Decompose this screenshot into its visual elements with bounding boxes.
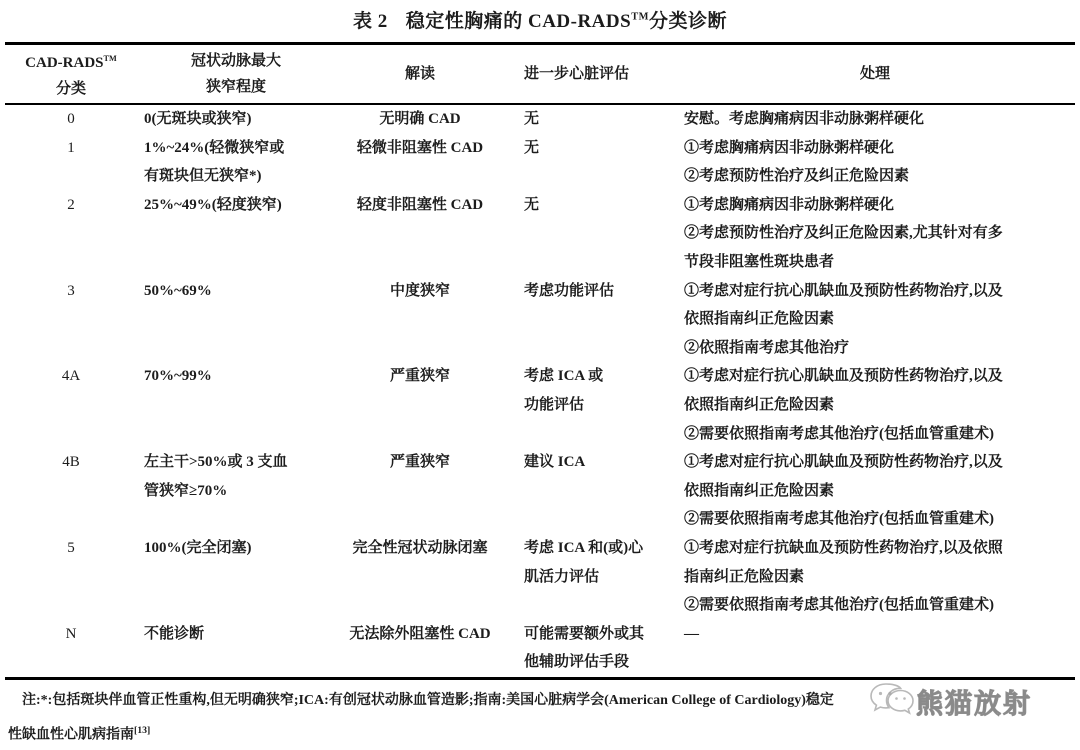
- table-header-row: CAD-RADSTM 分类 冠状动脉最大 狭窄程度 解读 进一步心脏评估 处理: [6, 45, 1074, 103]
- cell-further-eval: 可能需要额外或其 他辅助评估手段: [504, 620, 676, 677]
- table-row-4A: 4A 70%~99% 严重狭窄 考虑 ICA 或 功能评估 ①考虑对症行抗心肌缺…: [6, 362, 1074, 448]
- cell-management: ①考虑对症行抗心肌缺血及预防性药物治疗,以及 依照指南纠正危险因素 ②需要依照指…: [676, 362, 1074, 448]
- reference-superscript: [13]: [134, 725, 150, 736]
- cell-category: 4A: [6, 362, 136, 391]
- table-title: 表 2稳定性胸痛的 CAD-RADSTM分类诊断: [0, 0, 1080, 36]
- footnote-line2-text: 性缺血性心肌病指南: [8, 728, 134, 743]
- cell-stenosis: 25%~49%(轻度狭窄): [136, 191, 336, 220]
- cell-further-eval: 考虑功能评估: [504, 277, 676, 306]
- table-row-5: 5 100%(完全闭塞) 完全性冠状动脉闭塞 考虑 ICA 和(或)心 肌活力评…: [6, 534, 1074, 620]
- cell-interpretation: 轻微非阻塞性 CAD: [336, 134, 504, 163]
- cell-interpretation: 完全性冠状动脉闭塞: [336, 534, 504, 563]
- cell-stenosis: 不能诊断: [136, 620, 336, 649]
- cell-interpretation: 中度狭窄: [336, 277, 504, 306]
- table-row-4B: 4B 左主干>50%或 3 支血 管狭窄≥70% 严重狭窄 建议 ICA ①考虑…: [6, 448, 1074, 534]
- cell-management: ①考虑对症行抗缺血及预防性药物治疗,以及依照 指南纠正危险因素 ②需要依照指南考…: [676, 534, 1074, 620]
- table-number: 表 2: [353, 11, 388, 32]
- footnote-line1: 注:*:包括斑块伴血管正性重构,但无明确狭窄;ICA:有创冠状动脉血管造影;指南…: [8, 686, 1072, 716]
- cell-category: 2: [6, 191, 136, 220]
- table-row-2: 2 25%~49%(轻度狭窄) 轻度非阻塞性 CAD 无 ①考虑胸痛病因非动脉粥…: [6, 191, 1074, 277]
- cell-stenosis: 左主干>50%或 3 支血 管狭窄≥70%: [136, 448, 336, 505]
- table-body: 0 0(无斑块或狭窄) 无明确 CAD 无 安慰。考虑胸痛病因非动脉粥样硬化 1…: [6, 105, 1074, 677]
- paper-table-page: 表 2稳定性胸痛的 CAD-RADSTM分类诊断 CAD-RADSTM 分类 冠…: [0, 0, 1080, 750]
- footnote-line2: 性缺血性心肌病指南[13]: [8, 716, 1072, 750]
- table-row-1: 1 1%~24%(轻微狭窄或 有斑块但无狭窄*) 轻微非阻塞性 CAD 无 ①考…: [6, 134, 1074, 191]
- cell-category: N: [6, 620, 136, 649]
- header-interpretation: 解读: [336, 61, 504, 87]
- cell-further-eval: 无: [504, 191, 676, 220]
- cell-stenosis: 100%(完全闭塞): [136, 534, 336, 563]
- cell-stenosis: 0(无斑块或狭窄): [136, 105, 336, 134]
- cell-stenosis: 70%~99%: [136, 362, 336, 391]
- cell-further-eval: 无: [504, 134, 676, 163]
- cell-interpretation: 轻度非阻塞性 CAD: [336, 191, 504, 220]
- cell-stenosis: 1%~24%(轻微狭窄或 有斑块但无狭窄*): [136, 134, 336, 191]
- header-stenosis-line1: 冠状动脉最大: [136, 48, 336, 74]
- cell-further-eval: 建议 ICA: [504, 448, 676, 477]
- cell-further-eval: 考虑 ICA 或 功能评估: [504, 362, 676, 419]
- header-cad-rads-category: CAD-RADSTM 分类: [6, 46, 136, 102]
- cell-management: ①考虑对症行抗心肌缺血及预防性药物治疗,以及 依照指南纠正危险因素 ②需要依照指…: [676, 448, 1074, 534]
- cell-management: ①考虑对症行抗心肌缺血及预防性药物治疗,以及 依照指南纠正危险因素 ②依照指南考…: [676, 277, 1074, 363]
- table-row-N: N 不能诊断 无法除外阻塞性 CAD 可能需要额外或其 他辅助评估手段 —: [6, 620, 1074, 677]
- header-cad-rads-label: CAD-RADS: [25, 55, 103, 71]
- cell-further-eval: 考虑 ICA 和(或)心 肌活力评估: [504, 534, 676, 591]
- table-title-text: 稳定性胸痛的 CAD-RADS: [406, 11, 631, 32]
- table-row-3: 3 50%~69% 中度狭窄 考虑功能评估 ①考虑对症行抗心肌缺血及预防性药物治…: [6, 277, 1074, 363]
- header-stenosis-line2: 狭窄程度: [136, 74, 336, 100]
- cell-interpretation: 严重狭窄: [336, 448, 504, 477]
- cell-further-eval: 无: [504, 105, 676, 134]
- cell-stenosis: 50%~69%: [136, 277, 336, 306]
- header-category-label: 分类: [6, 76, 136, 102]
- header-trademark-superscript: TM: [104, 54, 117, 63]
- header-max-stenosis: 冠状动脉最大 狭窄程度: [136, 48, 336, 100]
- cell-management: ①考虑胸痛病因非动脉粥样硬化 ②考虑预防性治疗及纠正危险因素,尤其针对有多 节段…: [676, 191, 1074, 277]
- cell-management: ①考虑胸痛病因非动脉粥样硬化 ②考虑预防性治疗及纠正危险因素: [676, 134, 1074, 191]
- table-footnote: 注:*:包括斑块伴血管正性重构,但无明确狭窄;ICA:有创冠状动脉血管造影;指南…: [8, 686, 1072, 750]
- table-bottom-rule: [5, 677, 1075, 680]
- cell-category: 5: [6, 534, 136, 563]
- cell-category: 1: [6, 134, 136, 163]
- cell-category: 4B: [6, 448, 136, 477]
- cell-category: 0: [6, 105, 136, 134]
- table-title-suffix: 分类诊断: [649, 11, 727, 32]
- cell-category: 3: [6, 277, 136, 306]
- cell-management: —: [676, 620, 1074, 649]
- header-further-evaluation: 进一步心脏评估: [504, 61, 676, 87]
- header-management: 处理: [676, 61, 1074, 87]
- cell-interpretation: 无明确 CAD: [336, 105, 504, 134]
- table-row-0: 0 0(无斑块或狭窄) 无明确 CAD 无 安慰。考虑胸痛病因非动脉粥样硬化: [6, 105, 1074, 134]
- cell-interpretation: 无法除外阻塞性 CAD: [336, 620, 504, 649]
- cell-interpretation: 严重狭窄: [336, 362, 504, 391]
- cell-management: 安慰。考虑胸痛病因非动脉粥样硬化: [676, 105, 1074, 134]
- trademark-superscript: TM: [631, 12, 649, 23]
